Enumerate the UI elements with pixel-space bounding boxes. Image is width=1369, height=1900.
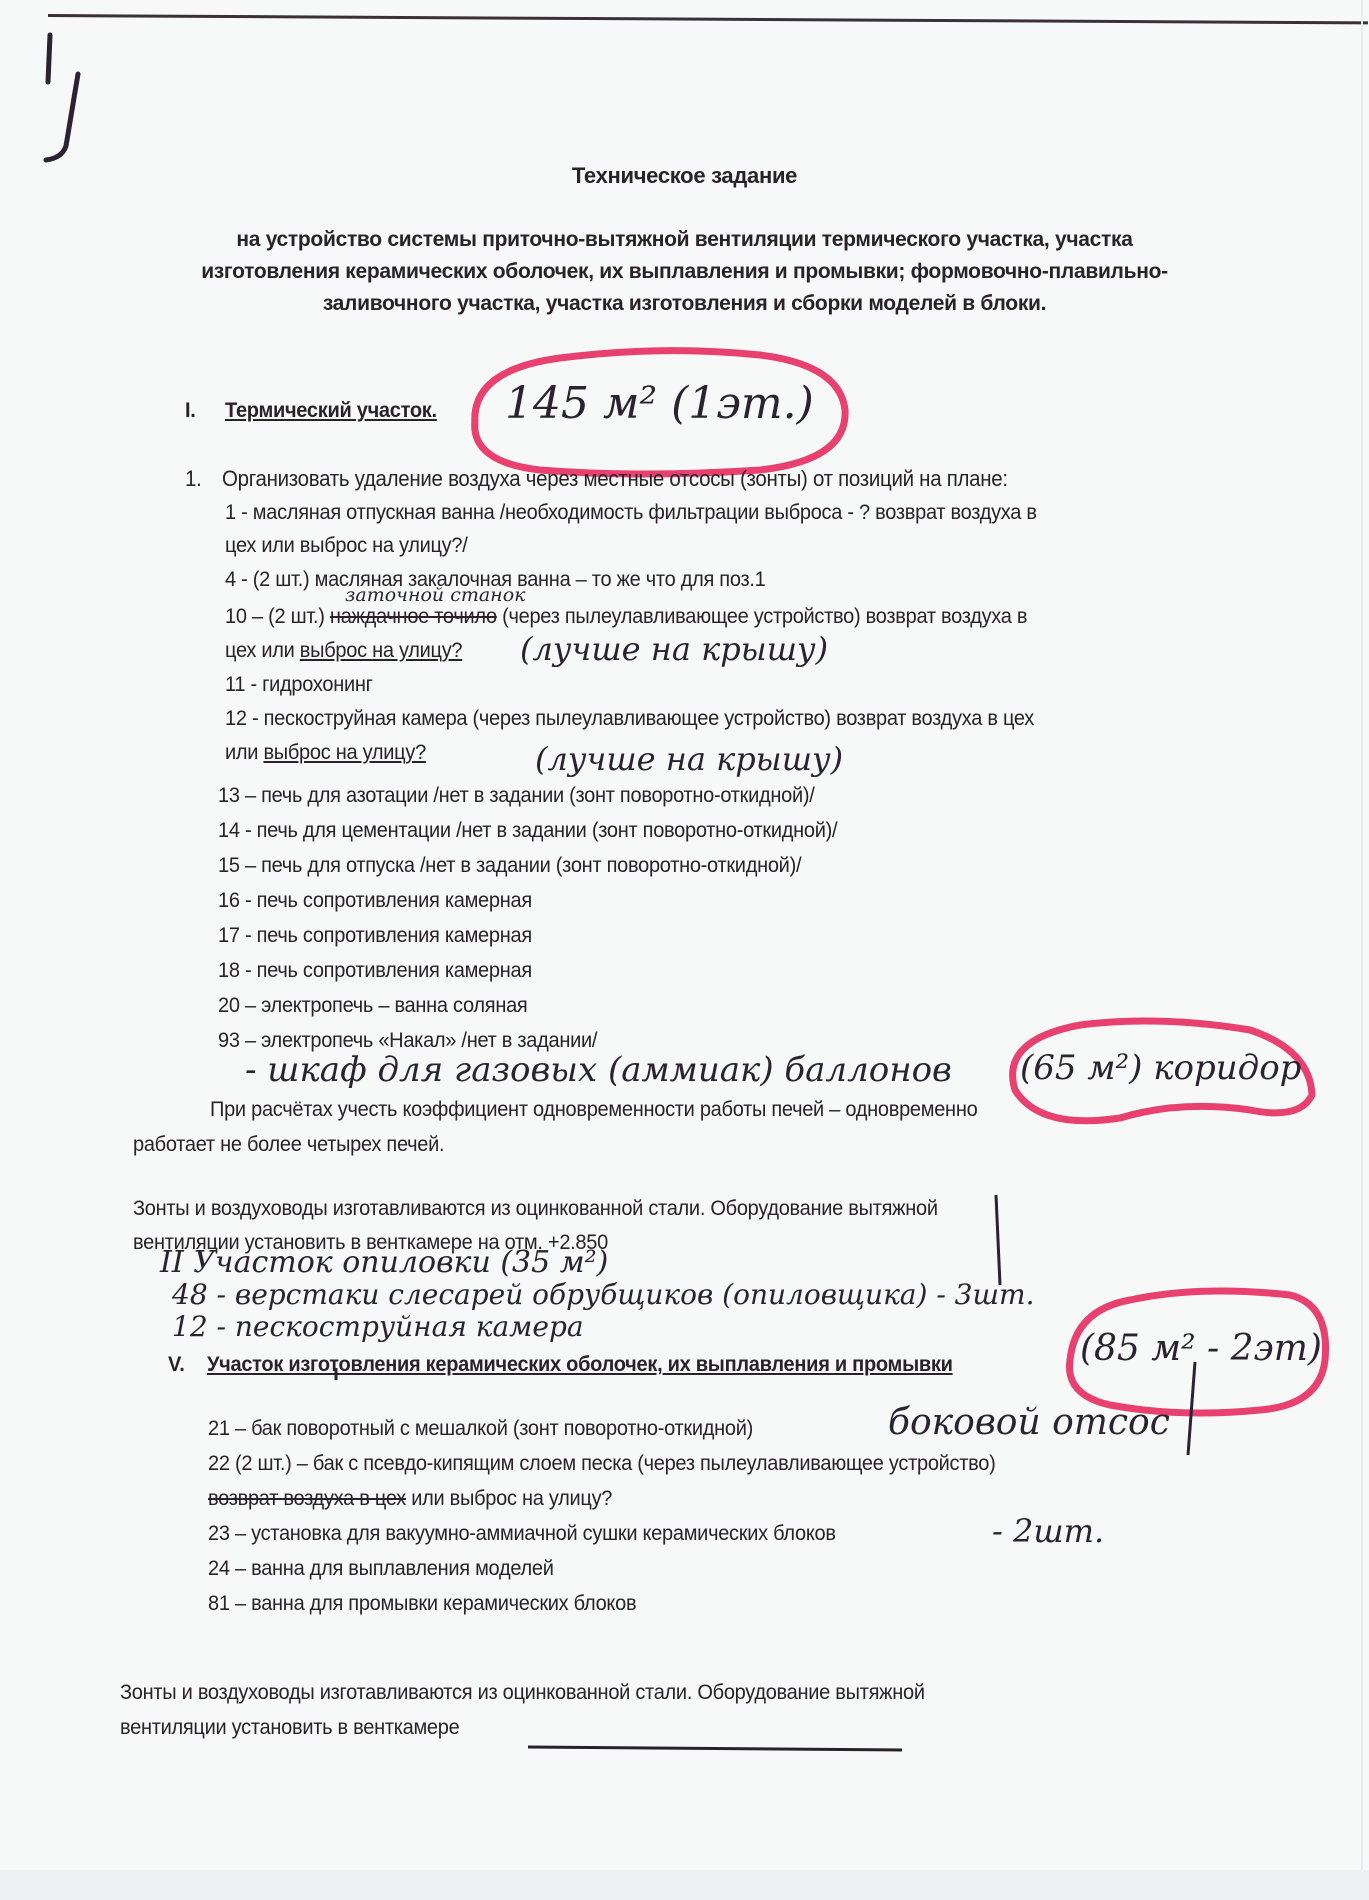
list-item: 81 – ванна для промывки керамических бло… (208, 1591, 636, 1616)
document-subtitle-line: на устройство системы приточно-вытяжной … (0, 228, 1369, 252)
list-item: 10 – (2 шт.) наждачное точило (через пыл… (225, 604, 1027, 629)
list-item: цех или выброс на улицу?/ (225, 533, 468, 558)
list-item: 21 – бак поворотный с мешалкой (зонт пов… (208, 1416, 753, 1441)
scanned-document-page: Техническое задание на устройство систем… (0, 0, 1369, 1900)
handwritten-marks-layer (0, 0, 1369, 1900)
handwritten-note: (лучше на крышу) (520, 630, 828, 668)
list-item: 22 (2 шт.) – бак с псевдо-кипящим слоем … (208, 1451, 995, 1476)
document-title: Техническое задание (0, 163, 1369, 189)
handwritten-note: боковой отсос (888, 1402, 1170, 1443)
struck-text: наждачное точило (330, 604, 497, 628)
underlined-text: выброс на улицу? (263, 740, 425, 764)
note-text: работает не более четырех печей. (133, 1132, 444, 1157)
section-heading: Термический участок. (225, 398, 437, 423)
section-number: I. (185, 398, 196, 423)
handwritten-addition: - шкаф для газовых (аммиак) баллонов (245, 1050, 952, 1090)
list-item: цех или выброс на улицу? (225, 638, 462, 663)
document-subtitle-line: изготовления керамических оболочек, их в… (0, 260, 1369, 284)
material-text: Зонты и воздуховоды изготавливаются из о… (120, 1680, 925, 1705)
corner-mark-icon (48, 35, 50, 82)
task-text: Организовать удаление воздуха через мест… (222, 466, 1008, 492)
blank-fill-line (528, 1747, 902, 1750)
document-subtitle-line: заливочного участка, участка изготовлени… (0, 292, 1369, 316)
list-item: 1 - масляная отпускная ванна /необходимо… (225, 500, 1037, 525)
list-item: 20 – электропечь – ванна соляная (218, 993, 527, 1018)
handwritten-list-item: 48 - верстаки слесарей обрубщиков (опило… (172, 1278, 1034, 1311)
list-item: возврат воздуха в цех или выброс на улиц… (208, 1486, 612, 1511)
list-item: 15 – печь для отпуска /нет в задании (зо… (218, 853, 801, 878)
underlined-text: выброс на улицу? (300, 638, 462, 662)
list-item: 11 - гидрохонинг (225, 672, 373, 697)
handwritten-area-note: (65 м²) коридор (1020, 1048, 1301, 1088)
list-item: или выброс на улицу? (225, 740, 426, 765)
handwritten-note: - 2шт. (992, 1512, 1104, 1550)
list-item: 16 - печь сопротивления камерная (218, 888, 532, 913)
handwritten-note: (лучше на крышу) (535, 740, 843, 778)
list-item: 13 – печь для азотации /нет в задании (з… (218, 783, 815, 808)
handwritten-area-note: (85 м² - 2эт) (1080, 1328, 1322, 1369)
material-text: Зонты и воздуховоды изготавливаются из о… (133, 1196, 938, 1221)
handwritten-area-note: 145 м² (1эт.) (505, 378, 814, 429)
handwritten-section-heading: II Участок опиловки (35 м²) (160, 1245, 608, 1280)
list-item: 24 – ванна для выплавления моделей (208, 1556, 554, 1581)
section-number: V. (168, 1352, 185, 1377)
material-text: вентиляции установить в венткамере (120, 1715, 459, 1740)
list-item: 17 - печь сопротивления камерная (218, 923, 532, 948)
note-text: При расчётах учесть коэффициент одноврем… (210, 1097, 977, 1122)
list-item: 18 - печь сопротивления камерная (218, 958, 532, 983)
handwritten-correction: заточной станок (345, 584, 525, 606)
task-number: 1. (185, 466, 202, 492)
list-item: 14 - печь для цементации /нет в задании … (218, 818, 837, 843)
handwritten-list-item: 12 - пескоструйная камера (172, 1310, 584, 1343)
list-item: 23 – установка для вакуумно-аммиачной су… (208, 1521, 836, 1546)
list-item: 12 - пескоструйная камера (через пылеула… (225, 706, 1034, 731)
section-heading: Участок изготовления керамических оболоч… (207, 1352, 953, 1377)
struck-text: возврат воздуха в цех (208, 1486, 406, 1510)
